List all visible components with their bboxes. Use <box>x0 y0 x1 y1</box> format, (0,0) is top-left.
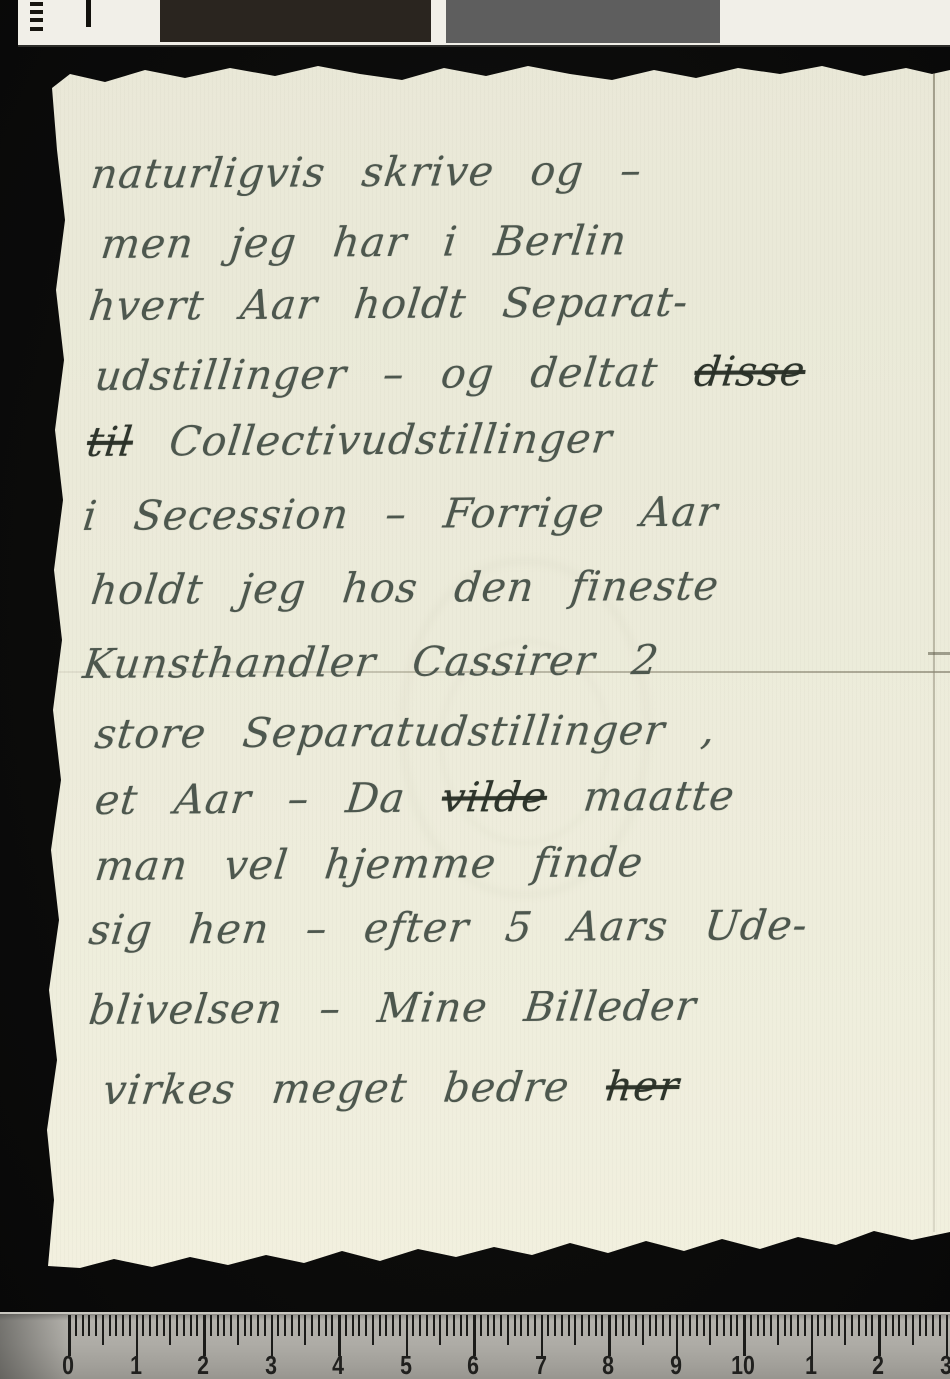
ruler-tick <box>925 1315 927 1336</box>
ruler-tick <box>190 1315 192 1336</box>
ruler-tick <box>149 1315 151 1336</box>
ruler-tick <box>379 1315 381 1336</box>
ruler-tick <box>682 1315 684 1336</box>
line-text: virkes meget bedre <box>100 1062 609 1114</box>
struck-word: til <box>84 418 135 466</box>
ruler-tick <box>588 1315 590 1336</box>
ruler-number: 1 <box>130 1350 142 1379</box>
ruler-tick <box>662 1315 664 1336</box>
ruler-tick <box>851 1315 853 1336</box>
ruler-number: 3 <box>265 1350 277 1379</box>
ruler-tick <box>534 1315 536 1336</box>
ruler-tick <box>736 1315 738 1336</box>
ruler-number: 5 <box>400 1350 412 1379</box>
calibration-bar-icon <box>86 0 91 27</box>
ruler-tick <box>176 1315 178 1336</box>
ruler-tick <box>581 1315 583 1336</box>
scan-background: naturligvis skrive og – men jeg har i Be… <box>0 0 950 1379</box>
ruler-number: 3 <box>940 1350 950 1379</box>
ruler-tick <box>88 1315 90 1336</box>
ruler-tick <box>824 1315 826 1336</box>
ruler-tick <box>919 1315 921 1336</box>
ruler-tick <box>858 1315 860 1336</box>
ruler-tick <box>601 1315 603 1336</box>
ruler-tick <box>932 1315 934 1336</box>
calibration-patch-black <box>160 0 431 42</box>
ruler-number: 1 <box>805 1350 817 1379</box>
ruler-tick <box>399 1315 401 1336</box>
ruler-tick <box>156 1315 158 1336</box>
line-text: et Aar – Da <box>92 774 444 824</box>
ruler-tick <box>554 1315 556 1336</box>
ruler-tick <box>311 1315 313 1336</box>
handwriting-line: blivelsen – Mine Billeder <box>86 978 700 1038</box>
line-text: hvert Aar holdt Separat- <box>86 278 691 330</box>
ruler-tick <box>433 1315 435 1336</box>
ruler-tick <box>757 1315 759 1336</box>
ruler-tick <box>865 1315 867 1336</box>
ruler-tick <box>763 1315 765 1336</box>
ruler-tick <box>453 1315 455 1336</box>
ruler-number: 4 <box>332 1350 344 1379</box>
calibration-tick <box>30 27 43 31</box>
ruler-tick <box>115 1315 117 1336</box>
ruler-tick <box>460 1315 462 1336</box>
ruler-tick <box>365 1315 367 1336</box>
ruler-tick <box>466 1315 468 1336</box>
ruler-tick <box>595 1315 597 1336</box>
handwriting-line: til Collectivudstillinger <box>84 410 616 470</box>
ruler-tick <box>527 1315 529 1336</box>
ruler-tick <box>291 1315 293 1336</box>
line-text: naturligvis skrive og – <box>88 146 644 198</box>
ruler-tick <box>244 1315 246 1336</box>
ruler-number: 2 <box>197 1350 209 1379</box>
ruler-tick <box>304 1315 306 1345</box>
ruler-tick <box>716 1315 718 1336</box>
ruler-tick <box>487 1315 489 1336</box>
calibration-strip <box>18 0 950 45</box>
ruler-tick <box>298 1315 300 1336</box>
ruler-tick <box>122 1315 124 1336</box>
ruler-tick <box>622 1315 624 1336</box>
ruler-tick <box>109 1315 111 1336</box>
ruler-tick <box>325 1315 327 1336</box>
line-text: sig hen – efter 5 Aars Ude- <box>86 901 810 954</box>
handwriting-line: holdt jeg hos den fineste <box>88 558 722 618</box>
struck-word: vilde <box>439 773 550 822</box>
ruler-tick <box>169 1315 171 1345</box>
ruler-tick <box>838 1315 840 1336</box>
ruler-number: 0 <box>62 1350 74 1379</box>
calibration-tick <box>30 2 43 6</box>
ruler-tick <box>196 1315 198 1336</box>
ruler-tick <box>689 1315 691 1336</box>
ruler-tick <box>844 1315 846 1345</box>
handwriting-line: man vel hjemme finde <box>92 834 647 894</box>
ruler-tick <box>568 1315 570 1336</box>
ruler-tick <box>412 1315 414 1336</box>
ruler-tick <box>385 1315 387 1336</box>
ruler-tick <box>352 1315 354 1336</box>
handwriting-line: men jeg har i Berlin <box>98 212 630 272</box>
ruler-tick <box>892 1315 894 1336</box>
ruler-tick <box>797 1315 799 1336</box>
ruler-tick <box>331 1315 333 1336</box>
ruler-tick <box>392 1315 394 1336</box>
paper-edge-notch <box>928 652 950 655</box>
line-text: men jeg har i Berlin <box>98 216 629 268</box>
ruler-tick <box>628 1315 630 1336</box>
calibration-tick <box>30 18 43 22</box>
handwriting-line: naturligvis skrive og – <box>88 142 645 202</box>
ruler-tick <box>277 1315 279 1336</box>
ruler-tick <box>237 1315 239 1345</box>
ruler-tick <box>372 1315 374 1345</box>
ruler-number: 10 <box>731 1350 755 1379</box>
handwriting-line: udstillinger – og deltat disse <box>92 343 809 404</box>
line-text: i Secession – Forrige Aar <box>80 488 720 540</box>
ruler-tick <box>520 1315 522 1336</box>
ruler-tick <box>777 1315 779 1345</box>
letter-page: naturligvis skrive og – men jeg har i Be… <box>0 0 950 1290</box>
ruler-tick <box>547 1315 549 1336</box>
ruler-tick <box>284 1315 286 1336</box>
line-text: maatte <box>544 772 737 821</box>
handwriting-line: store Separatudstillinger , <box>92 702 719 762</box>
ruler-number: 6 <box>467 1350 479 1379</box>
ruler-tick <box>770 1315 772 1336</box>
ruler-tick <box>439 1315 441 1345</box>
ruler-tick <box>669 1315 671 1336</box>
ruler-tick <box>649 1315 651 1336</box>
ruler-tick <box>223 1315 225 1336</box>
calibration-tick <box>30 10 43 14</box>
ruler-tick <box>345 1315 347 1336</box>
ruler-tick <box>831 1315 833 1336</box>
line-text: man vel hjemme finde <box>92 838 646 890</box>
ruler-tick <box>885 1315 887 1336</box>
ruler-tick <box>750 1315 752 1336</box>
ruler-number: 8 <box>602 1350 614 1379</box>
struck-word: disse <box>692 347 808 396</box>
ruler-tick <box>257 1315 259 1336</box>
ruler-tick <box>183 1315 185 1336</box>
ruler-tick <box>790 1315 792 1336</box>
line-text: Collectivudstillinger <box>130 414 615 465</box>
measuring-ruler: 012345678910123 <box>0 1312 950 1379</box>
ruler-tick <box>318 1315 320 1336</box>
ruler-tick <box>514 1315 516 1336</box>
ruler-number: 7 <box>535 1350 547 1379</box>
ruler-tick <box>561 1315 563 1336</box>
ruler-tick <box>804 1315 806 1336</box>
ruler-tick <box>426 1315 428 1336</box>
ruler-tick <box>730 1315 732 1336</box>
ruler-tick <box>635 1315 637 1336</box>
struck-word: her <box>603 1062 682 1111</box>
handwriting-line: Kunsthandler Cassirer 2 <box>80 632 662 692</box>
handwriting-line: i Secession – Forrige Aar <box>80 484 721 544</box>
ruler-tick <box>703 1315 705 1336</box>
ruler-tick <box>230 1315 232 1336</box>
ruler-tick <box>905 1315 907 1336</box>
ruler-tick <box>217 1315 219 1336</box>
ruler-tick <box>95 1315 97 1336</box>
handwriting-line: virkes meget bedre her <box>100 1058 683 1118</box>
ruler-tick <box>696 1315 698 1336</box>
ruler-number: 2 <box>872 1350 884 1379</box>
line-text: holdt jeg hos den fineste <box>88 562 721 614</box>
ruler-tick <box>871 1315 873 1336</box>
ruler-tick <box>446 1315 448 1336</box>
ruler-tick <box>939 1315 941 1336</box>
ruler-tick <box>912 1315 914 1345</box>
line-text: Kunsthandler Cassirer 2 <box>80 636 661 688</box>
ruler-tick <box>507 1315 509 1345</box>
line-text: store Separatudstillinger , <box>92 706 718 758</box>
ruler-tick <box>574 1315 576 1345</box>
handwriting-line: sig hen – efter 5 Aars Ude- <box>86 897 811 958</box>
calibration-patch-gray <box>446 0 720 43</box>
ruler-tick <box>264 1315 266 1336</box>
ruler-tick <box>709 1315 711 1345</box>
line-text: udstillinger – og deltat <box>92 348 697 400</box>
ruler-tick <box>75 1315 77 1336</box>
ruler-tick <box>82 1315 84 1336</box>
ruler-tick <box>250 1315 252 1336</box>
ruler-tick <box>129 1315 131 1336</box>
ruler-tick <box>163 1315 165 1336</box>
ruler-tick <box>898 1315 900 1336</box>
ruler-tick <box>480 1315 482 1336</box>
ruler-tick <box>358 1315 360 1336</box>
ruler-tick <box>500 1315 502 1336</box>
ruler-tick <box>642 1315 644 1345</box>
handwriting-line: hvert Aar holdt Separat- <box>86 274 692 334</box>
ruler-tick <box>723 1315 725 1336</box>
ruler-tick <box>655 1315 657 1336</box>
ruler-tick <box>784 1315 786 1336</box>
ruler-tick <box>210 1315 212 1336</box>
handwriting-line: et Aar – Da vilde maatte <box>92 768 738 828</box>
ruler-tick <box>102 1315 104 1345</box>
ruler-tick <box>615 1315 617 1336</box>
ruler-tick <box>142 1315 144 1336</box>
ruler-tick <box>419 1315 421 1336</box>
ruler-number: 9 <box>670 1350 682 1379</box>
line-text: blivelsen – Mine Billeder <box>86 982 699 1034</box>
ruler-tick <box>817 1315 819 1336</box>
ruler-tick <box>493 1315 495 1336</box>
